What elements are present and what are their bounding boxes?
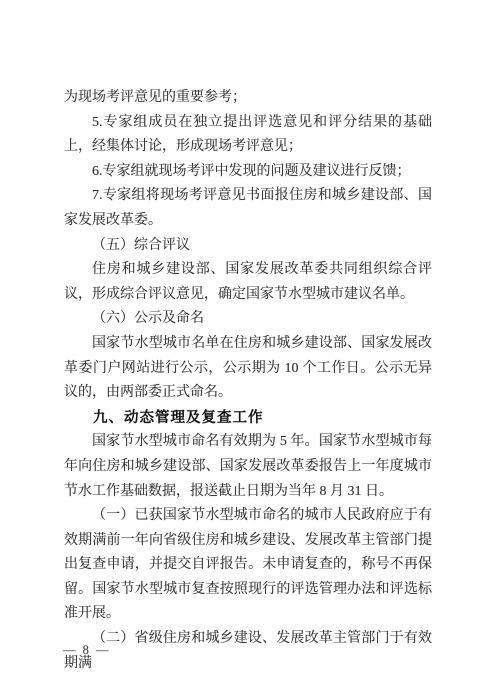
paragraph: 国家节水型城市名单在住房和城乡建设部、国家发展改革委门户网站进行公示，公示期为 … xyxy=(64,332,432,406)
paragraph: 5.专家组成员在独立提出评选意见和评分结果的基础上，经集体讨论，形成现场考评意见… xyxy=(64,111,432,160)
paragraph: 住房和城乡建设部、国家发展改革委共同组织综合评议，形成综合评议意见，确定国家节水… xyxy=(64,258,432,307)
paragraph: （五）综合评议 xyxy=(64,234,432,259)
paragraph: （二）省级住房和城乡建设、发展改革主管部门于有效期满 xyxy=(64,627,432,676)
paragraph: 6.专家组就现场考评中发现的问题及建议进行反馈； xyxy=(64,160,432,185)
paragraph: 为现场考评意见的重要参考； xyxy=(64,86,432,111)
paragraph: （一）已获国家节水型城市命名的城市人民政府应于有效期满前一年向省级住房和城乡建设… xyxy=(64,504,432,627)
paragraph: 7.专家组将现场考评意见书面报住房和城乡建设部、国家发展改革委。 xyxy=(64,184,432,233)
document-body: 为现场考评意见的重要参考；5.专家组成员在独立提出评选意见和评分结果的基础上，经… xyxy=(64,86,432,676)
section-heading: 九、动态管理及复查工作 xyxy=(64,406,432,431)
paragraph: 国家节水型城市命名有效期为 5 年。国家节水型城市每年向住房和城乡建设部、国家发… xyxy=(64,430,432,504)
paragraph: （六）公示及命名 xyxy=(64,307,432,332)
page-number: — 8 — xyxy=(63,643,111,658)
document-page: 为现场考评意见的重要参考；5.专家组成员在独立提出评选意见和评分结果的基础上，经… xyxy=(0,0,495,700)
